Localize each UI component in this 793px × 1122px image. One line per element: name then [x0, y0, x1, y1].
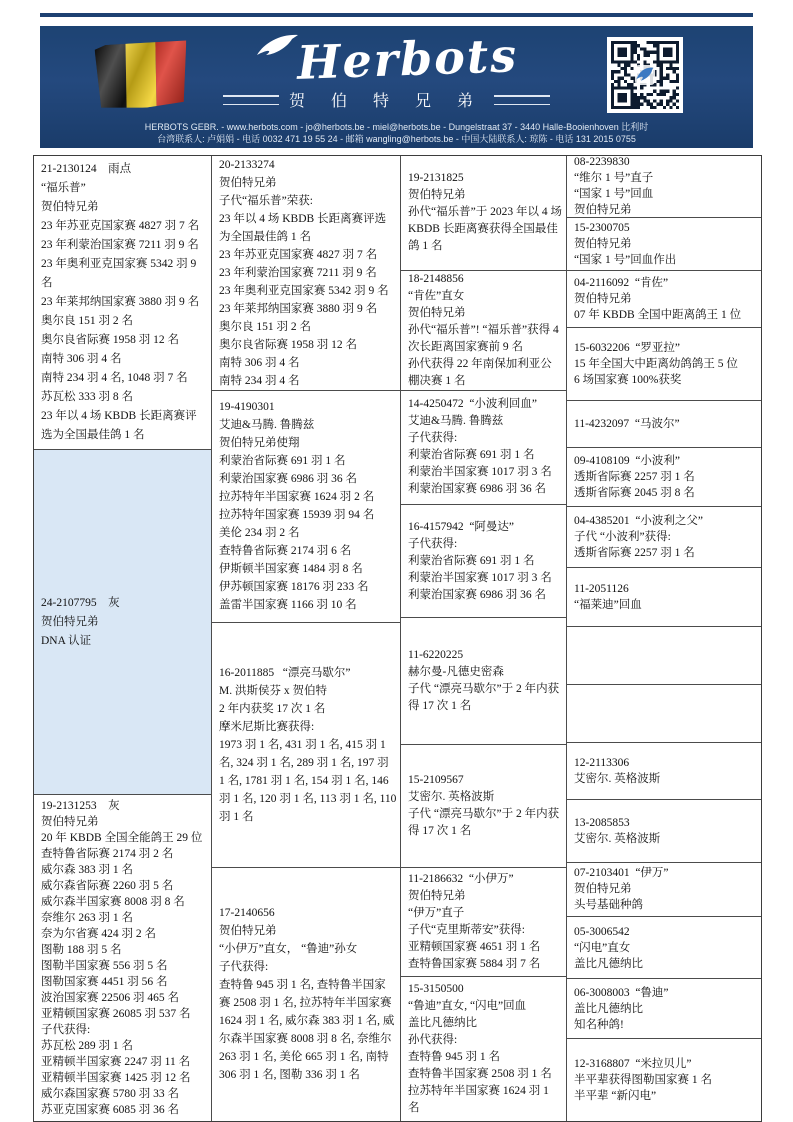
belgian-flag-icon — [95, 38, 188, 112]
cell-great-grandparent-2: 18-2148856 “肯佐”直女 贺伯特兄弟 孙代“福乐普”! “福乐普”获得… — [401, 271, 566, 391]
header-banner: Herbots 贺 伯 特 兄 弟 HERBOTS GEBR. - www.he… — [40, 26, 753, 148]
contact-line-2: 台湾联系人: 卢娟娟 - 电话 0032 471 19 55 24 - 邮箱 w… — [40, 133, 753, 145]
cell-gg-grandparent-12: 13-2085853 艾密尔. 英格波斯 — [567, 800, 761, 863]
pedigree-table: 21-2130124 雨点 “福乐普” 贺伯特兄弟 23 年苏亚克国家赛 482… — [33, 155, 762, 1122]
brand-logo: Herbots 贺 伯 特 兄 弟 — [190, 32, 583, 111]
cell-grandparent-2: 19-4190301 艾迪&马腾. 鲁腾兹 贺伯特兄弟使翔 利蒙治省际赛 691… — [212, 391, 400, 624]
cell-gg-grandparent-3: 04-2116092 “肯佐” 贺伯特兄弟 07 年 KBDB 全国中距离鸽王 … — [567, 271, 761, 328]
cell-great-grandparent-6: 15-2109567 艾密尔. 英格波斯 子代 “漂亮马歇尔”于 2 年内获得 … — [401, 745, 566, 868]
cell-great-grandparent-1: 19-2131825 贺伯特兄弟 孙代“福乐普”于 2023 年以 4 场 KB… — [401, 156, 566, 271]
cell-sire: 21-2130124 雨点 “福乐普” 贺伯特兄弟 23 年苏亚克国家赛 482… — [34, 156, 211, 450]
cell-gg-grandparent-15: 06-3008003 “鲁迪” 盖比凡德纳比 知名种鸽! — [567, 979, 761, 1039]
cell-gg-grandparent-16: 12-3168807 “米拉贝儿” 半平辈获得图勒国家赛 1 名 半平辈 “新闪… — [567, 1039, 761, 1121]
brand-name-chinese: 贺 伯 特 兄 弟 — [289, 93, 484, 110]
right-rule-icon — [494, 95, 550, 105]
cell-grandparent-1: 20-2133274 贺伯特兄弟 子代“福乐普”荣获: 23 年以 4 场 KB… — [212, 156, 400, 391]
cell-gg-grandparent-14: 05-3006542 “闪电”直女 盖比凡德纳比 — [567, 917, 761, 979]
cell-gg-grandparent-7: 04-4385201 “小波利之父” 子代 “小波利”获得: 透斯省际赛 225… — [567, 507, 761, 568]
contact-line-1: HERBOTS GEBR. - www.herbots.com - jo@her… — [40, 121, 753, 133]
qr-center-logo-icon — [635, 65, 655, 85]
cell-great-grandparent-3: 14-4250472 “小波利回血” 艾迪&马腾. 鲁腾兹 子代获得: 利蒙治省… — [401, 391, 566, 506]
cell-great-grandparent-5: 11-6220225 赫尔曼-凡德史密森 子代 “漂亮马歇尔”于 2 年内获得 … — [401, 618, 566, 745]
left-rule-icon — [223, 95, 279, 105]
pedigree-document-page: Herbots 贺 伯 特 兄 弟 HERBOTS GEBR. - www.he… — [0, 0, 793, 1122]
top-rule — [40, 13, 753, 17]
cell-gg-grandparent-13: 07-2103401 “伊万” 贺伯特兄弟 头号基础种鸽 — [567, 863, 761, 918]
generation-3-column: 19-2131825 贺伯特兄弟 孙代“福乐普”于 2023 年以 4 场 KB… — [401, 156, 567, 1121]
generation-2-column: 20-2133274 贺伯特兄弟 子代“福乐普”荣获: 23 年以 4 场 KB… — [212, 156, 401, 1121]
cell-dam: 19-2131253 灰 贺伯特兄弟 20 年 KBDB 全国全能鸽王 29 位… — [34, 795, 211, 1121]
cell-great-grandparent-4: 16-4157942 “阿曼达” 子代获得: 利蒙治省际赛 691 羽 1 名 … — [401, 505, 566, 618]
cell-great-grandparent-8: 15-3150500 “鲁迪”直女, “闪电”回血 盖比凡德纳比 孙代获得: 查… — [401, 977, 566, 1121]
cell-gg-grandparent-5: 11-4232097 “马波尔” — [567, 401, 761, 449]
generation-1-column: 21-2130124 雨点 “福乐普” 贺伯特兄弟 23 年苏亚克国家赛 482… — [34, 156, 212, 1121]
contact-block: HERBOTS GEBR. - www.herbots.com - jo@her… — [40, 121, 753, 145]
cell-gg-grandparent-8: 11-2051126 “福莱迪”回血 — [567, 568, 761, 627]
cell-gg-grandparent-9-empty — [567, 627, 761, 685]
brand-name: Herbots — [296, 28, 519, 90]
cell-gg-grandparent-11: 12-2113306 艾密尔. 英格波斯 — [567, 743, 761, 800]
cell-great-grandparent-7: 11-2186632 “小伊万” 贺伯特兄弟 “伊万”直子 子代“克里斯蒂安”获… — [401, 868, 566, 978]
cell-subject-pigeon: 24-2107795 灰 贺伯特兄弟 DNA 认证 — [34, 450, 211, 794]
cell-gg-grandparent-10-empty — [567, 685, 761, 743]
cell-gg-grandparent-6: 09-4108109 “小波利” 透斯省际赛 2257 羽 1 名 透斯省际赛 … — [567, 448, 761, 507]
generation-4-column: 08-2239830 “维尔 1 号”直子 “国家 1 号”回血 贺伯特兄弟 1… — [567, 156, 761, 1121]
cell-gg-grandparent-1: 08-2239830 “维尔 1 号”直子 “国家 1 号”回血 贺伯特兄弟 — [567, 156, 761, 218]
cell-gg-grandparent-2: 15-2300705 贺伯特兄弟 “国家 1 号”回血作出 — [567, 218, 761, 271]
cell-gg-grandparent-4: 15-6032206 “罗亚拉” 15 年全国大中距离幼鸽鸽王 5 位 6 场国… — [567, 328, 761, 401]
cell-grandparent-3: 16-2011885 “漂亮马歇尔” M. 洪斯侯芬 x 贺伯特 2 年内获奖 … — [212, 623, 400, 868]
qr-code — [607, 37, 683, 113]
cell-grandparent-4: 17-2140656 贺伯特兄弟 “小伊万”直女， “鲁迪”孙女 子代获得: 查… — [212, 868, 400, 1121]
